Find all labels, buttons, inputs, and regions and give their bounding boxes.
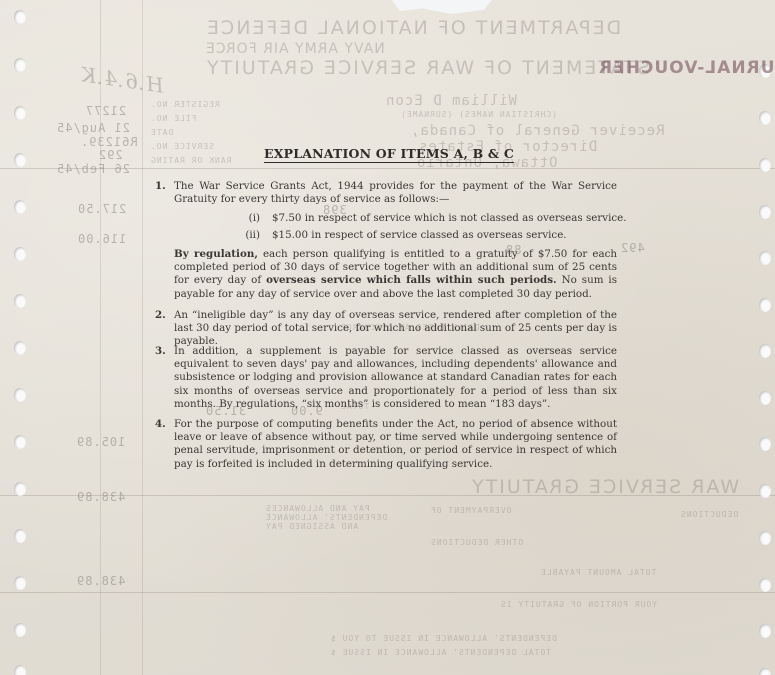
show-through-field-value: 292 [98, 148, 123, 162]
item-text: An “ineligible day” is any day of overse… [174, 309, 617, 349]
show-through-field-value: 21 Aug/45 [56, 121, 130, 135]
punch-hole [14, 341, 26, 355]
explanation-item-1: 1. The War Service Grants Act, 1944 prov… [155, 180, 617, 206]
punch-hole [14, 665, 26, 675]
show-through-row-label: DEDUCTIONS [680, 510, 738, 519]
show-through-name-caption: (CHRISTIAN NAMES) (SURNAME) [400, 110, 557, 119]
punch-hole [14, 58, 26, 72]
item-number: 4. [155, 418, 166, 431]
punch-hole [759, 251, 771, 265]
explanation-item-4: 4. For the purpose of computing benefits… [155, 418, 617, 471]
show-through-amount: 105.89 [76, 435, 125, 449]
show-through-field-label: REGISTER NO. [150, 100, 220, 109]
punch-hole [14, 482, 26, 496]
subitem-label: (ii) [232, 229, 260, 242]
show-through-amount: 438.89 [76, 574, 125, 588]
item-text: In addition, a supplement is payable for… [174, 345, 617, 411]
fold-line [0, 592, 775, 593]
punch-hole [14, 529, 26, 543]
explanation-item-3: 3. In addition, a supplement is payable … [155, 345, 617, 411]
show-through-misc: 492 [620, 241, 645, 255]
fold-line [142, 0, 143, 675]
show-through-row-label: YOUR PORTION OF GRATUITY IS [500, 600, 657, 609]
punch-hole [759, 624, 771, 638]
punch-hole [14, 294, 26, 308]
show-through-header-line: DEPARTMENT OF NATIONAL DEFENCE [205, 17, 621, 39]
item-number: 1. [155, 180, 166, 193]
show-through-row-label: OTHER DEDUCTIONS [430, 538, 523, 547]
item-number: 2. [155, 309, 166, 322]
item-text: The War Service Grants Act, 1944 provide… [174, 180, 617, 206]
punch-hole [14, 153, 26, 167]
show-through-header-line: NAVY ARMY AIR FORCE [205, 41, 385, 57]
punch-hole [14, 623, 26, 637]
paragraph-lead: By regulation, [174, 248, 258, 260]
punch-hole [14, 10, 26, 24]
punch-hole [759, 531, 771, 545]
punch-hole [759, 205, 771, 219]
page-title: EXPLANATION OF ITEMS A, B & C [264, 146, 514, 163]
show-through-field-value: 21277 [85, 104, 126, 118]
regulation-paragraph: By regulation, each person qualifying is… [174, 248, 617, 301]
subitem-ii: (ii)$15.00 in respect of service classed… [232, 229, 567, 242]
handwritten-note: H.6.4.K [79, 62, 165, 97]
show-through-name: William D Econ [385, 93, 517, 109]
subitem-label: (i) [232, 212, 260, 225]
subitem-i: (i)$7.50 in respect of service which is … [232, 212, 627, 225]
subitem-text: $15.00 in respect of service classed as … [272, 229, 567, 241]
show-through-header-line: STATEMENT OF WAR SERVICE GRATUITY [205, 57, 650, 79]
show-through-field-label: SERVICE NO. [150, 142, 214, 151]
punch-hole [14, 388, 26, 402]
item-text: For the purpose of computing benefits un… [174, 418, 617, 471]
show-through-amount: 438.89 [76, 490, 125, 504]
show-through-row-label: DEPENDENTS' ALLOWANCE [265, 513, 387, 522]
punch-hole [759, 391, 771, 405]
show-through-field-value: R61239. [80, 135, 138, 149]
punch-hole [14, 200, 26, 214]
show-through-row-label: TOTAL DEPENDENTS' ALLOWANCE IN ISSUE $ [330, 648, 551, 657]
show-through-row-label: PAY AND ALLOWANCES [265, 504, 370, 513]
show-through-row-label: OVERPAYMENT OF [430, 506, 511, 515]
show-through-row-label: TOTAL AMOUNT PAYABLE [540, 568, 656, 577]
document-page: DEPARTMENT OF NATIONAL DEFENCE NAVY ARMY… [0, 0, 775, 675]
punch-hole [14, 576, 26, 590]
subitem-text: $7.50 in respect of service which is not… [272, 212, 627, 224]
punch-hole [759, 344, 771, 358]
punch-hole [759, 111, 771, 125]
punch-hole [759, 298, 771, 312]
show-through-section-heading: WAR SERVICE GRATUITY [470, 476, 739, 498]
punch-hole [14, 435, 26, 449]
show-through-field-label: DATE [150, 128, 173, 137]
item-number: 3. [155, 345, 166, 358]
journal-voucher-stamp: JOURNAL-VOUCHER [598, 58, 775, 78]
punch-hole [759, 484, 771, 498]
torn-edge [392, 0, 492, 14]
show-through-row-label: DEPENDENTS' ALLOWANCE IN ISSUE TO YOU $ [330, 634, 557, 643]
punch-hole [759, 668, 771, 675]
show-through-address: Receiver General of Canada, [410, 123, 665, 139]
punch-hole [759, 578, 771, 592]
punch-hole [14, 247, 26, 261]
punch-hole [759, 158, 771, 172]
show-through-field-label: FILE NO. [150, 114, 197, 123]
explanation-item-2: 2. An “ineligible day” is any day of ove… [155, 309, 617, 349]
show-through-field-value: 26 Feb/45 [56, 162, 130, 176]
show-through-field-label: RANK OR RATING [150, 156, 231, 165]
punch-hole [759, 437, 771, 451]
show-through-amount: 116.00 [77, 232, 126, 246]
punch-hole [14, 106, 26, 120]
show-through-amount: 217.50 [77, 202, 126, 216]
show-through-row-label: AND ASSIGNED PAY [265, 522, 358, 531]
paragraph-emphasis: overseas service which falls within such… [266, 274, 557, 286]
